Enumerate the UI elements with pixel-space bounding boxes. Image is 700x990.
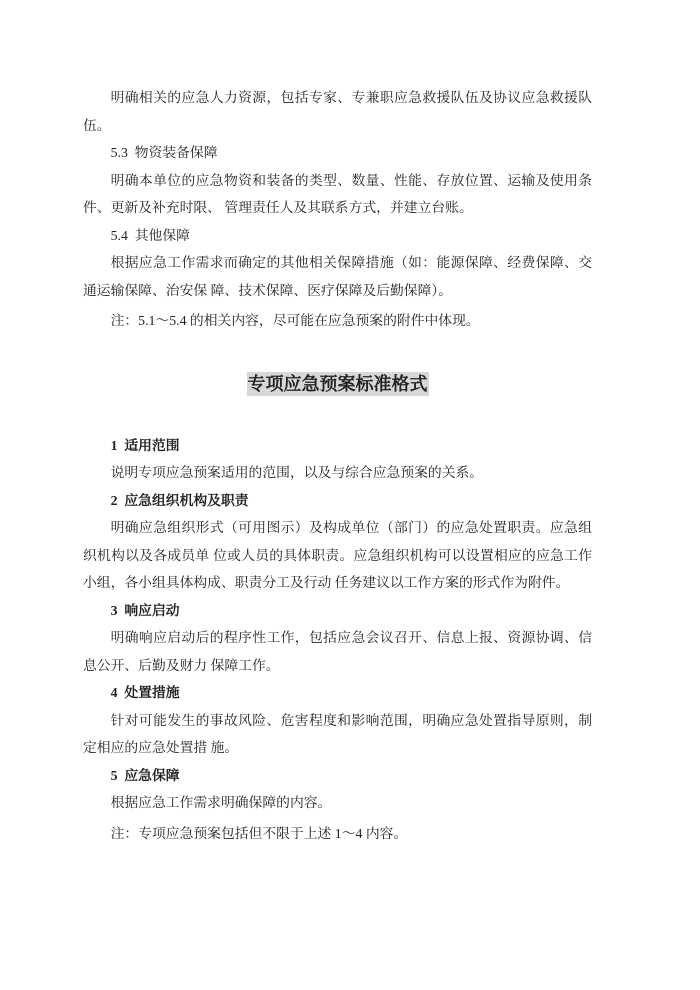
paragraph-5-4-body: 根据应急工作需求而确定的其他相关保障措施（如：能源保障、经费保障、交通运输保障、… xyxy=(83,249,592,304)
heading-5-3-material-equipment: 5.3 物资装备保障 xyxy=(83,139,592,167)
document-page: 明确相关的应急人力资源，包括专家、专兼职应急救援队伍及协议应急救援队伍。 5.3… xyxy=(0,0,700,990)
document-title: 专项应急预案标准格式 xyxy=(83,371,592,398)
section-5-heading: 5 应急保障 xyxy=(83,762,592,790)
page-content: 明确相关的应急人力资源，包括专家、专兼职应急救援队伍及协议应急救援队伍。 5.3… xyxy=(0,0,700,990)
paragraph-manpower-resources: 明确相关的应急人力资源，包括专家、专兼职应急救援队伍及协议应急救援队伍。 xyxy=(83,84,592,139)
section-5-body: 根据应急工作需求明确保障的内容。 xyxy=(83,789,592,817)
section-2-heading: 2 应急组织机构及职责 xyxy=(83,487,592,515)
title-highlight: 专项应急预案标准格式 xyxy=(247,372,429,396)
section-1-heading: 1 适用范围 xyxy=(83,432,592,460)
section-4-body: 针对可能发生的事故风险、危害程度和影响范围，明确应急处置指导原则，制定相应的应急… xyxy=(83,707,592,762)
section-3-body: 明确响应启动后的程序性工作，包括应急会议召开、信息上报、资源协调、信息公开、后勤… xyxy=(83,624,592,679)
heading-5-4-other-support: 5.4 其他保障 xyxy=(83,222,592,250)
note-5-1-to-5-4: 注：5.1～5.4 的相关内容，尽可能在应急预案的附件中体现。 xyxy=(83,307,592,335)
section-2-body: 明确应急组织形式（可用图示）及构成单位（部门）的应急处置职责。应急组织机构以及各… xyxy=(83,514,592,597)
note-special-plan-scope: 注：专项应急预案包括但不限于上述 1～4 内容。 xyxy=(83,820,592,848)
section-3-heading: 3 响应启动 xyxy=(83,597,592,625)
paragraph-5-3-body: 明确本单位的应急物资和装备的类型、数量、性能、存放位置、运输及使用条件、更新及补… xyxy=(83,167,592,222)
section-4-heading: 4 处置措施 xyxy=(83,679,592,707)
section-1-body: 说明专项应急预案适用的范围，以及与综合应急预案的关系。 xyxy=(83,459,592,487)
